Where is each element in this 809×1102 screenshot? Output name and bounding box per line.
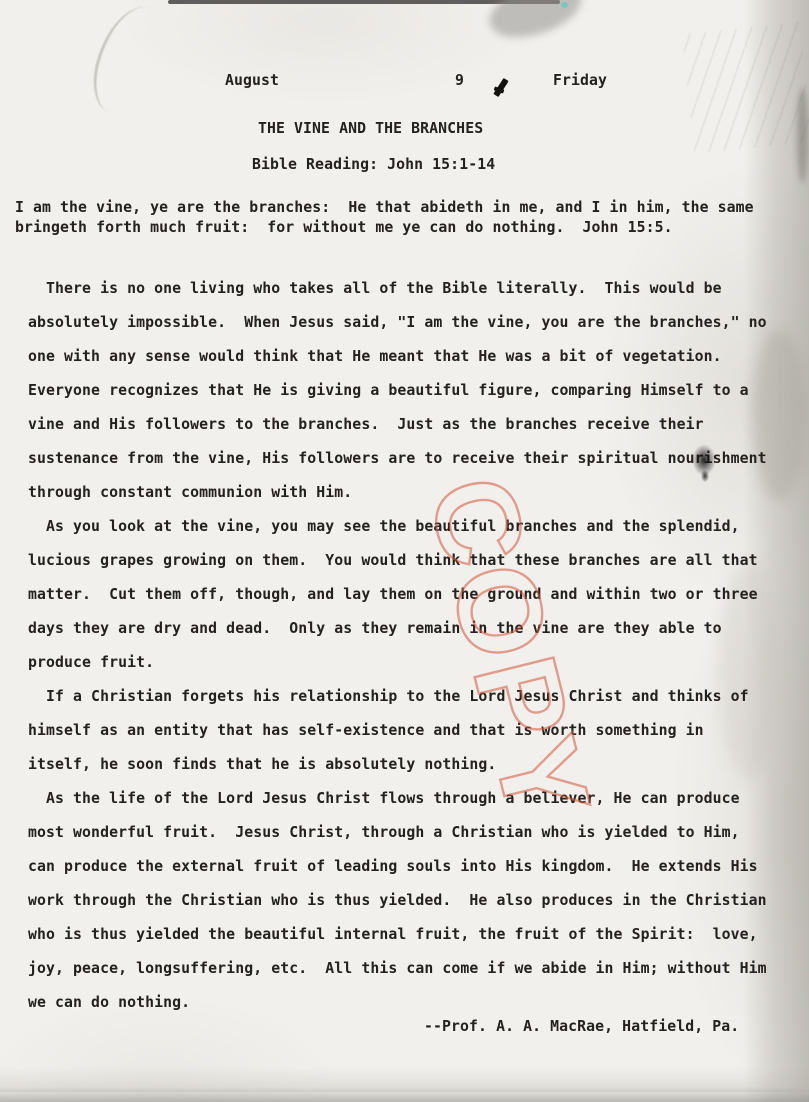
text-line: days they are dry and dead. Only as they… [28, 612, 767, 646]
paragraph: As you look at the vine, you may see the… [28, 510, 767, 680]
paragraph: As the life of the Lord Jesus Christ flo… [28, 782, 767, 1020]
epigraph-verse: I am the vine, ye are the branches: He t… [15, 198, 754, 238]
text-line: we can do nothing. [28, 986, 767, 1020]
text-line: I am the vine, ye are the branches: He t… [15, 198, 754, 218]
date-weekday: Friday [553, 72, 607, 89]
text-line: There is no one living who takes all of … [28, 272, 767, 306]
text-line: who is thus yielded the beautiful intern… [28, 918, 767, 952]
text-line: If a Christian forgets his relationship … [28, 680, 767, 714]
teal-speck [561, 2, 568, 8]
scanned-document-page: August 9 Friday THE VINE AND THE BRANCHE… [0, 0, 809, 1102]
text-line: himself as an entity that has self-exist… [28, 714, 767, 748]
text-line: through constant communion with Him. [28, 476, 767, 510]
author-signature: --Prof. A. A. MacRae, Hatfield, Pa. [424, 1018, 739, 1035]
paper-smudge-top [483, 0, 588, 48]
text-line: work through the Christian who is thus y… [28, 884, 767, 918]
text-line: bringeth forth much fruit: for without m… [15, 218, 754, 238]
text-line: As you look at the vine, you may see the… [28, 510, 767, 544]
date-day: 9 [455, 72, 464, 89]
text-line: one with any sense would think that He m… [28, 340, 767, 374]
text-line: most wonderful fruit. Jesus Christ, thro… [28, 816, 767, 850]
text-line: joy, peace, longsuffering, etc. All this… [28, 952, 767, 986]
page-title: THE VINE AND THE BRANCHES [258, 120, 483, 137]
text-line: produce fruit. [28, 646, 767, 680]
text-line: matter. Cut them off, though, and lay th… [28, 578, 767, 612]
text-line: As the life of the Lord Jesus Christ flo… [28, 782, 767, 816]
text-line: sustenance from the vine, His followers … [28, 442, 767, 476]
scan-edge-bottom-fade [0, 1066, 809, 1092]
paragraph: There is no one living who takes all of … [28, 272, 767, 510]
date-month: August [225, 72, 279, 89]
paragraph: If a Christian forgets his relationship … [28, 680, 767, 782]
text-line: Everyone recognizes that He is giving a … [28, 374, 767, 408]
scan-edge-streak [797, 88, 808, 183]
scan-top-edge-line [168, 0, 560, 4]
text-line: vine and His followers to the branches. … [28, 408, 767, 442]
body-text: There is no one living who takes all of … [28, 272, 767, 1020]
text-line: itself, he soon finds that he is absolut… [28, 748, 767, 782]
date-header: August 9 Friday [0, 72, 809, 94]
scan-edge-bottom-shadow [0, 1087, 809, 1102]
bible-reading: Bible Reading: John 15:1-14 [252, 156, 495, 173]
text-line: absolutely impossible. When Jesus said, … [28, 306, 767, 340]
paper-fold-mark [85, 0, 175, 122]
text-line: can produce the external fruit of leadin… [28, 850, 767, 884]
text-line: lucious grapes growing on them. You woul… [28, 544, 767, 578]
